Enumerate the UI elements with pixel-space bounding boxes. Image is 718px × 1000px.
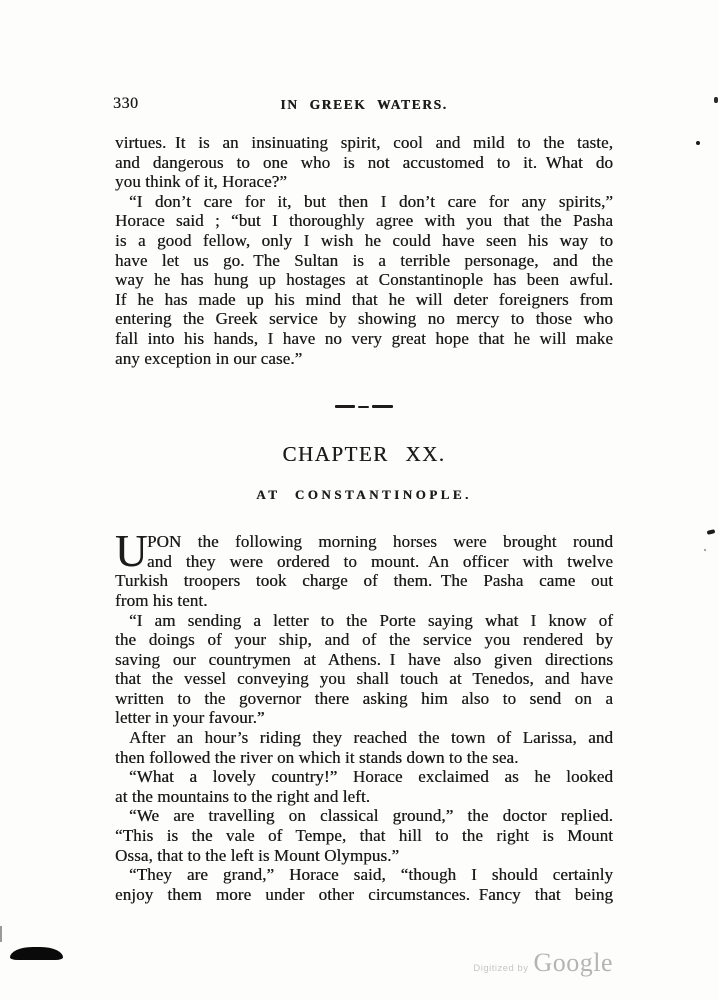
text-line: “This is the vale of Tempe, that hill to…	[115, 826, 613, 846]
text-line: the doings of your ship, and of the serv…	[115, 630, 613, 650]
paragraph: “They are grand,” Horace said, “though I…	[115, 865, 613, 904]
paragraph: UPON the following morning horses were b…	[115, 532, 613, 610]
text-line: “What a lovely country!” Horace exclaime…	[115, 767, 613, 787]
divider-dash	[335, 405, 355, 408]
text-line: Turkish troopers took charge of them. Th…	[115, 571, 613, 591]
text-line: letter in your favour.”	[115, 708, 613, 728]
paragraph: After an hour’s riding they reached the …	[115, 728, 613, 767]
text-line: that the vessel conveying you shall touc…	[115, 669, 613, 689]
watermark-prefix: Digitized by	[473, 963, 528, 974]
text-line: saving our countrymen at Athens. I have …	[115, 650, 613, 670]
scan-speck-icon	[714, 97, 718, 103]
divider-dash	[372, 405, 393, 408]
paragraph: “We are travelling on classical ground,”…	[115, 806, 613, 865]
text-line: Horace said ; “but I thoroughly agree wi…	[115, 211, 613, 231]
chapter-subtitle: AT CONSTANTINOPLE.	[115, 487, 613, 503]
text-line: way he has hung up hostages at Constanti…	[115, 270, 613, 290]
text-line: and dangerous to one who is not accustom…	[115, 153, 613, 173]
text-line: from his tent.	[115, 591, 613, 611]
text-line: have let us go. The Sultan is a terrible…	[115, 251, 613, 271]
text-line: PON the following morning horses were br…	[115, 532, 613, 552]
page-number: 330	[113, 95, 139, 113]
text-line: then followed the river on which it stan…	[115, 748, 613, 768]
paragraph: “What a lovely country!” Horace exclaime…	[115, 767, 613, 806]
book-page-scan: 330 IN GREEK WATERS. virtues. It is an i…	[0, 0, 718, 1000]
text-line: any exception in our case.”	[115, 349, 613, 369]
paragraph: “I don’t care for it, but then I don’t c…	[115, 192, 613, 368]
paragraph: virtues. It is an insinuating spirit, co…	[115, 133, 613, 192]
running-title: IN GREEK WATERS.	[115, 95, 613, 113]
chapter-heading: CHAPTER XX.	[115, 442, 613, 466]
text-line: fall into his hands, I have no very grea…	[115, 329, 613, 349]
text-line: “We are travelling on classical ground,”…	[115, 806, 613, 826]
text-line: “I don’t care for it, but then I don’t c…	[115, 192, 613, 212]
digitization-watermark: Digitized by Google	[473, 948, 613, 978]
text-line: “They are grand,” Horace said, “though I…	[115, 865, 613, 885]
text-line: you think of it, Horace?”	[115, 172, 613, 192]
text-line: Ossa, that to the left is Mount Olympus.…	[115, 846, 613, 866]
text-block-chapter: UPON the following morning horses were b…	[115, 532, 613, 904]
text-line: “I am sending a letter to the Porte sayi…	[115, 611, 613, 631]
page-edge-artifact	[0, 926, 2, 942]
google-logo: Google	[533, 948, 613, 978]
text-line: virtues. It is an insinuating spirit, co…	[115, 133, 613, 153]
paragraph: “I am sending a letter to the Porte sayi…	[115, 611, 613, 729]
page-header: 330 IN GREEK WATERS.	[115, 95, 613, 115]
text-line: at the mountains to the right and left.	[115, 787, 613, 807]
section-divider	[333, 405, 395, 408]
scan-speck-icon	[707, 529, 716, 535]
text-line: is a good fellow, only I wish he could h…	[115, 231, 613, 251]
text-line: entering the Greek service by showing no…	[115, 309, 613, 329]
scan-speck-icon	[696, 141, 700, 145]
text-line: enjoy them more under other circumstance…	[115, 885, 613, 905]
text-line: and they were ordered to mount. An offic…	[115, 552, 613, 572]
drop-cap-letter: U	[115, 532, 143, 571]
scan-speck-icon	[704, 549, 706, 551]
ink-smudge-artifact	[10, 947, 63, 960]
divider-dash	[358, 406, 369, 408]
text-block-top: virtues. It is an insinuating spirit, co…	[115, 133, 613, 368]
text-line: If he has made up his mind that he will …	[115, 290, 613, 310]
text-line: written to the governor there asking him…	[115, 689, 613, 709]
text-column: virtues. It is an insinuating spirit, co…	[115, 133, 613, 904]
text-line: After an hour’s riding they reached the …	[115, 728, 613, 748]
